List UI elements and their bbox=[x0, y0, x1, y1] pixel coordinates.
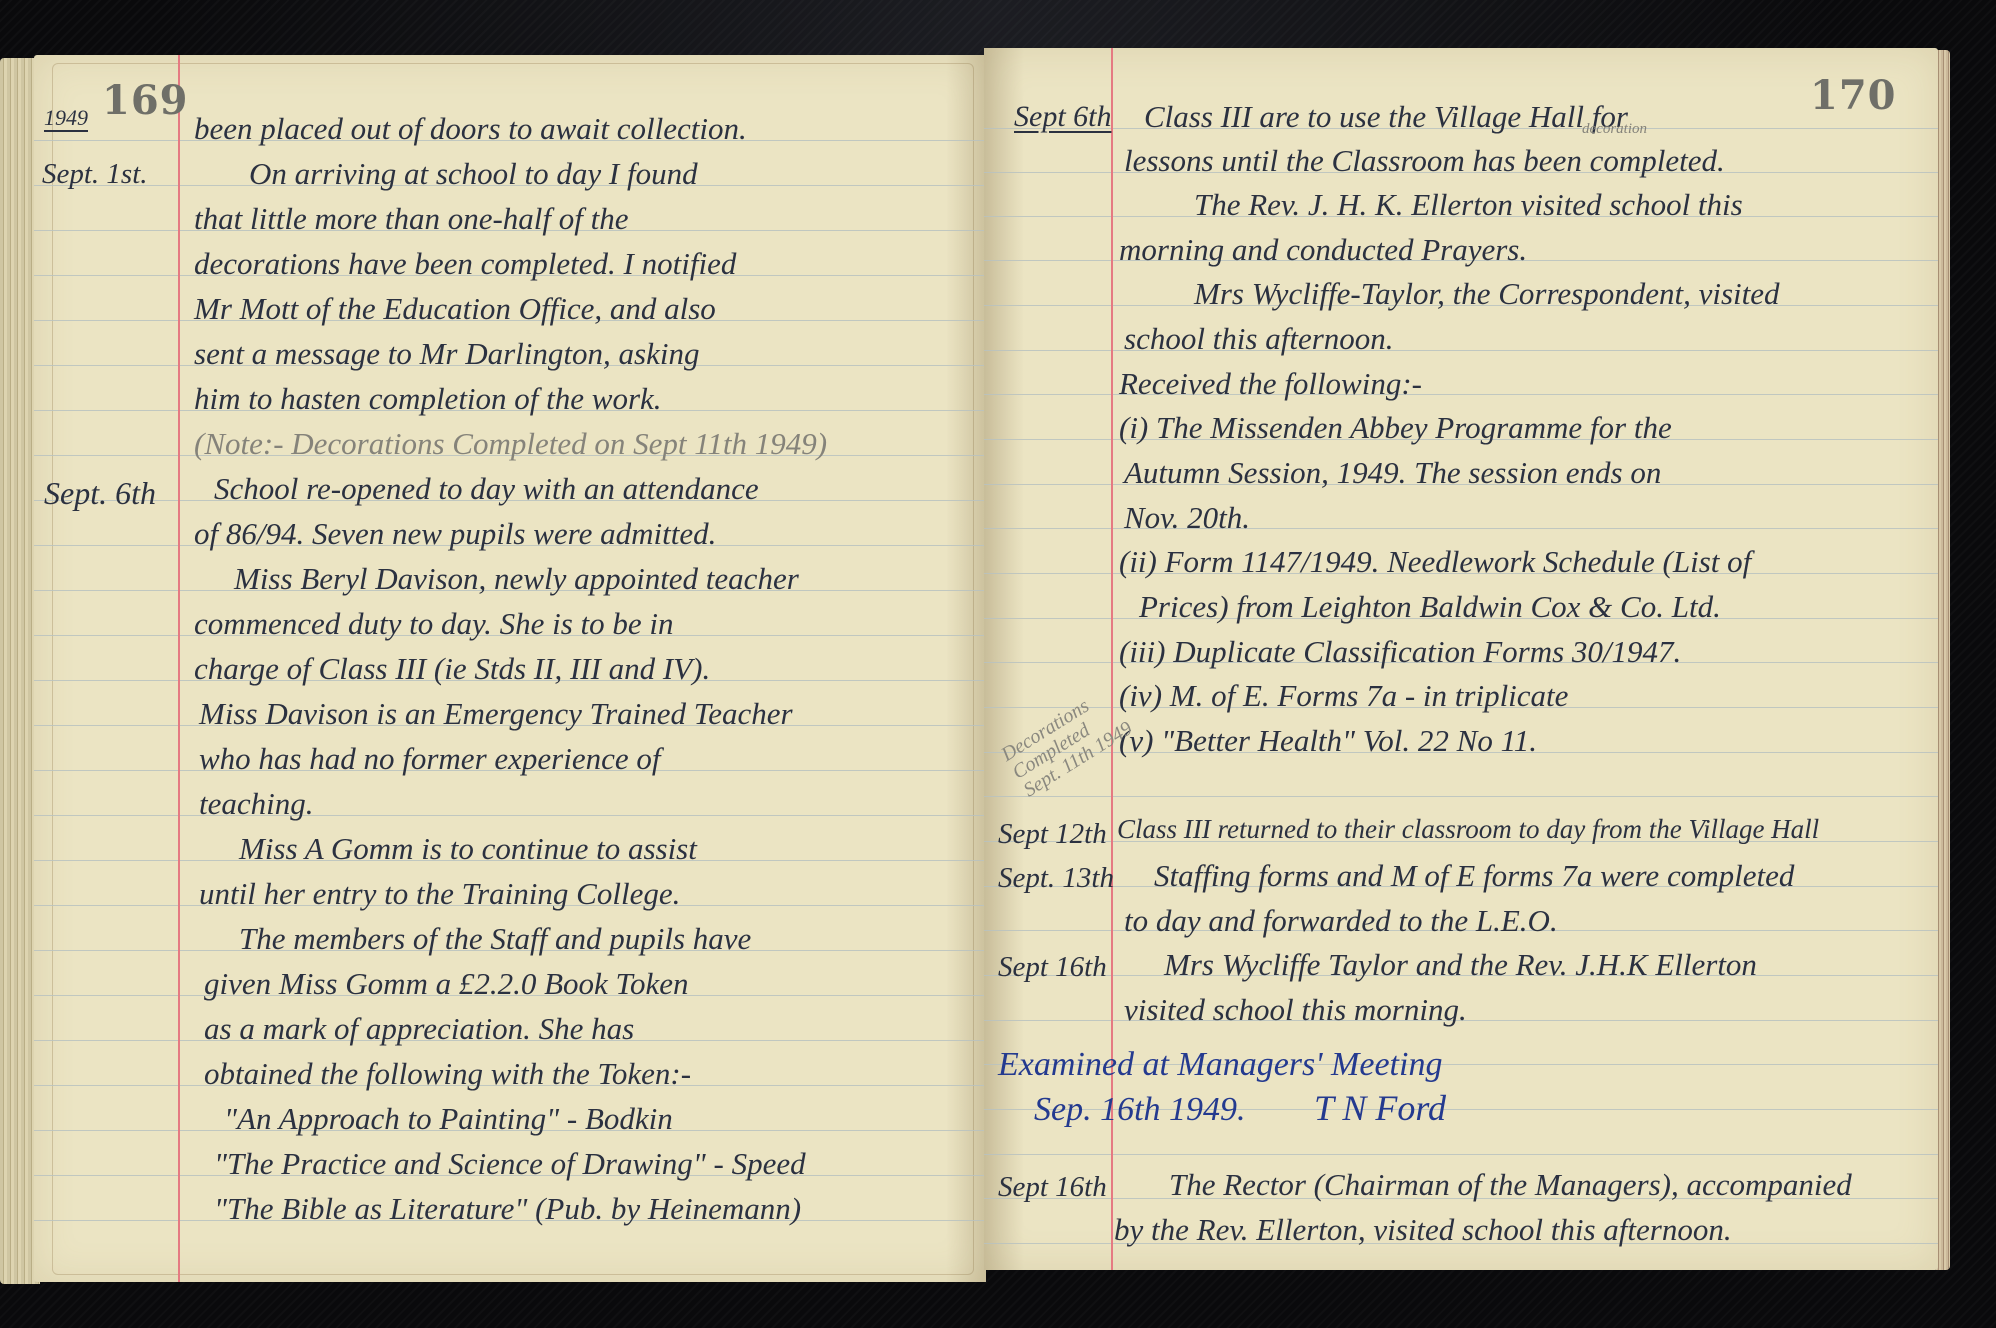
log-line: him to hasten completion of the work. bbox=[194, 383, 662, 414]
page-number: 169 bbox=[102, 77, 189, 124]
log-line: The members of the Staff and pupils have bbox=[239, 923, 751, 954]
received-item: Nov. 20th. bbox=[1124, 502, 1250, 533]
book-title-line: "The Practice and Science of Drawing" - … bbox=[214, 1148, 806, 1179]
gutter-shadow bbox=[946, 55, 986, 1282]
log-line: Miss Davison is an Emergency Trained Tea… bbox=[199, 698, 793, 729]
year-note: 1949 bbox=[44, 105, 88, 131]
log-line: lessons until the Classroom has been com… bbox=[1124, 145, 1725, 176]
log-line: of 86/94. Seven new pupils were admitted… bbox=[194, 518, 716, 549]
page-number: 170 bbox=[1810, 72, 1897, 119]
log-line: that little more than one-half of the bbox=[194, 203, 629, 234]
log-line: by the Rev. Ellerton, visited school thi… bbox=[1114, 1214, 1732, 1245]
received-item: Autumn Session, 1949. The session ends o… bbox=[1124, 457, 1661, 488]
examined-stamp-line: Examined at Managers' Meeting bbox=[998, 1048, 1442, 1082]
log-line: Staffing forms and M of E forms 7a were … bbox=[1154, 860, 1794, 891]
log-line: Class III are to use the Village Hall fo… bbox=[1144, 101, 1628, 132]
log-line: On arriving at school to day I found bbox=[249, 158, 698, 189]
gutter-shadow bbox=[984, 48, 1024, 1270]
log-line: given Miss Gomm a £2.2.0 Book Token bbox=[204, 968, 688, 999]
entry-date: Sept 16th bbox=[998, 951, 1107, 984]
log-line: to day and forwarded to the L.E.O. bbox=[1124, 905, 1558, 936]
margin-line bbox=[1111, 48, 1113, 1270]
log-line: Mr Mott of the Education Office, and als… bbox=[194, 293, 716, 324]
log-line: school this afternoon. bbox=[1124, 323, 1394, 354]
received-item: Prices) from Leighton Baldwin Cox & Co. … bbox=[1139, 591, 1721, 622]
log-line: School re-opened to day with an attendan… bbox=[214, 473, 759, 504]
log-line: visited school this morning. bbox=[1124, 994, 1467, 1025]
book-title-line: "An Approach to Painting" - Bodkin bbox=[224, 1103, 673, 1134]
log-line: charge of Class III (ie Stds II, III and… bbox=[194, 653, 710, 684]
received-item: (iii) Duplicate Classification Forms 30/… bbox=[1119, 636, 1681, 667]
entry-date: Sept. 13th bbox=[998, 862, 1114, 895]
right-page: 170 Sept 6th Class III are to use the Vi… bbox=[984, 48, 1938, 1270]
log-line: as a mark of appreciation. She has bbox=[204, 1013, 634, 1044]
insertion-note: decoration bbox=[1582, 122, 1647, 137]
log-line: morning and conducted Prayers. bbox=[1119, 234, 1527, 265]
log-line: Received the following:- bbox=[1119, 368, 1422, 399]
log-line: Miss A Gomm is to continue to assist bbox=[239, 833, 697, 864]
received-item: (iv) M. of E. Forms 7a - in triplicate bbox=[1119, 680, 1568, 711]
log-line: obtained the following with the Token:- bbox=[204, 1058, 691, 1089]
received-item: (i) The Missenden Abbey Programme for th… bbox=[1119, 412, 1672, 443]
log-line: Mrs Wycliffe Taylor and the Rev. J.H.K E… bbox=[1164, 949, 1757, 980]
margin-line bbox=[178, 55, 180, 1282]
log-line: Mrs Wycliffe-Taylor, the Correspondent, … bbox=[1194, 278, 1780, 309]
received-item: (ii) Form 1147/1949. Needlework Schedule… bbox=[1119, 546, 1751, 577]
manager-signature: T N Ford bbox=[1314, 1090, 1446, 1126]
entry-date: Sept 12th bbox=[998, 818, 1107, 851]
log-line: teaching. bbox=[199, 788, 314, 819]
pencil-note: (Note:- Decorations Completed on Sept 11… bbox=[194, 428, 827, 459]
log-line: commenced duty to day. She is to be in bbox=[194, 608, 674, 639]
entry-date: Sept 6th bbox=[1014, 100, 1112, 134]
log-line: until her entry to the Training College. bbox=[199, 878, 680, 909]
log-line: sent a message to Mr Darlington, asking bbox=[194, 338, 699, 369]
entry-date: Sept. 1st. bbox=[42, 158, 148, 191]
left-page: 169 1949 Sept. 1st. been placed out of d… bbox=[34, 55, 986, 1282]
log-line: The Rev. J. H. K. Ellerton visited schoo… bbox=[1194, 189, 1743, 220]
log-line: who has had no former experience of bbox=[199, 743, 660, 774]
log-line: The Rector (Chairman of the Managers), a… bbox=[1169, 1169, 1852, 1200]
log-line: been placed out of doors to await collec… bbox=[194, 113, 747, 144]
log-line: Miss Beryl Davison, newly appointed teac… bbox=[234, 563, 799, 594]
book-title-line: "The Bible as Literature" (Pub. by Heine… bbox=[214, 1193, 801, 1224]
log-line: Class III returned to their classroom to… bbox=[1117, 816, 1819, 843]
received-item: (v) "Better Health" Vol. 22 No 11. bbox=[1119, 725, 1537, 756]
log-line: decorations have been completed. I notif… bbox=[194, 248, 736, 279]
entry-date: Sept 16th bbox=[998, 1171, 1107, 1204]
right-page-stack-edge bbox=[1936, 50, 1950, 1270]
entry-date: Sept. 6th bbox=[44, 475, 156, 512]
examined-date: Sep. 16th 1949. bbox=[1034, 1093, 1246, 1127]
